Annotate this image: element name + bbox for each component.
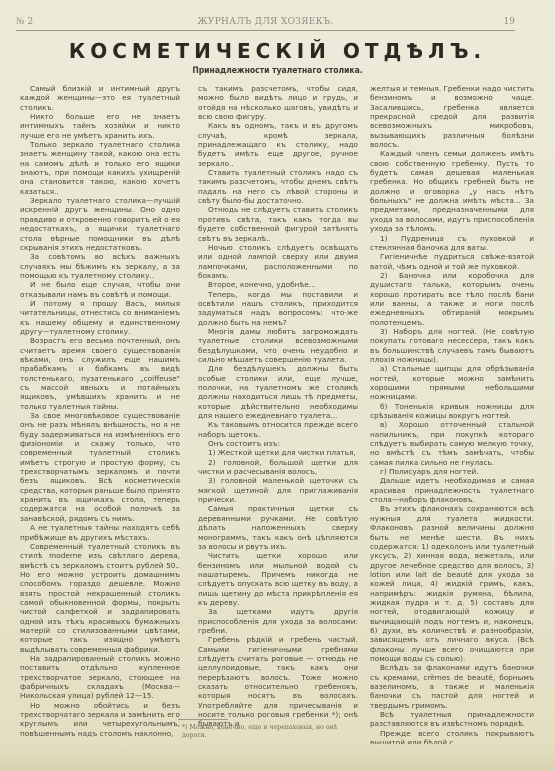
footnote-divider xyxy=(178,719,228,720)
article-subtitle: Принадлежности туалетнаго столика. xyxy=(0,66,555,76)
paragraph: Самый близкій и интимный другъ каждой же… xyxy=(20,84,180,112)
paragraph: За совѣтомъ во всѣхъ важныхъ случаяхъ мы… xyxy=(20,252,180,280)
paragraph: Какъ въ одномъ, такъ и въ другомъ случаѣ… xyxy=(198,121,358,168)
paragraph: Гигіеничнѣе пудриться свѣже-взятой ватой… xyxy=(370,252,534,271)
paragraph: И потому я прошу Васъ, милыя читательниц… xyxy=(20,299,180,336)
column-1: Самый близкій и интимный другъ каждой же… xyxy=(20,84,180,744)
paragraph: в) Хорошо отточенный стальной напильникъ… xyxy=(370,420,534,467)
paragraph: 1) Жесткой щетки для чистки платья, xyxy=(198,448,358,457)
article-body: Самый близкій и интимный другъ каждой же… xyxy=(20,84,534,744)
paragraph: Возрастъ его весьма почтенный, онъ счита… xyxy=(20,336,180,411)
paragraph: Чистить щетки хорошо или бензиномъ или м… xyxy=(198,551,358,607)
paragraph: 1) Пудреница съ пуховкой и стеклянная ба… xyxy=(370,234,534,253)
paragraph: 3) головной маленькой щеточки съ мягкой … xyxy=(198,476,358,504)
paragraph: Къ таковымъ относится прежде всего набор… xyxy=(198,420,358,439)
paragraph: Онъ состоитъ изъ: xyxy=(198,439,358,448)
paragraph: г) Полисуаръ для ногтей. xyxy=(370,467,534,476)
paragraph: Никто больше его не знаетъ интимныхъ тай… xyxy=(20,112,180,140)
paragraph: За щетками идутъ другія приспособленія д… xyxy=(198,607,358,635)
paragraph: съ такимъ разсчетомъ, чтобы сидя, можно … xyxy=(198,84,358,121)
paragraph: На задрапированный столикъ можно постави… xyxy=(20,654,180,701)
paper-shade xyxy=(0,741,555,771)
journal-page: № 2 ЖУРНАЛЪ ДЛЯ ХОЗЯЕКЪ. 19 КОСМЕТИЧЕСКІ… xyxy=(0,0,555,771)
paragraph: 2) головной, большой щетки для чистки и … xyxy=(198,458,358,477)
article-title: КОСМЕТИЧЕСКІЙ ОТДѢЛЪ. xyxy=(0,39,555,63)
paragraph: желтыя и темныя. Гребенки надо чистить б… xyxy=(370,84,534,149)
paragraph: Ставить туалетный столикъ надо съ такимъ… xyxy=(198,168,358,205)
paragraph: Для бездѣлушекъ должны быть особые столи… xyxy=(198,364,358,420)
page-number: 19 xyxy=(504,17,515,27)
paragraph: Дальше идетъ необходимая и самая красива… xyxy=(370,476,534,504)
paragraph: Современный туалетный столикъ въ стилѣ m… xyxy=(20,542,180,654)
column-2: съ такимъ разсчетомъ, чтобы сидя, можно … xyxy=(198,84,358,744)
paragraph: Въ этихъ флаконахъ сохраняются всѣ нужны… xyxy=(370,504,534,663)
paragraph: Второе, конечно, удобнѣе... xyxy=(198,280,358,289)
paragraph: А не туалетныя тайны находятъ себѣ прибѣ… xyxy=(20,523,180,542)
paragraph: Ночью столикъ слѣдуетъ освѣщать или одно… xyxy=(198,243,358,280)
paragraph: 2) Баночка или коробочка для душистаго т… xyxy=(370,271,534,327)
paragraph: Самыя практичныя щетки съ деревянными ру… xyxy=(198,504,358,551)
paragraph: а) Стальные щипцы для обрѣзыванія ногтей… xyxy=(370,364,534,401)
paragraph: Но можно обойтись и безъ трехстворчатаго… xyxy=(20,701,180,738)
paragraph: За свое многовѣковое существованіе онъ н… xyxy=(20,411,180,523)
paragraph: Зеркало туалетнаго столика—лучшій искрен… xyxy=(20,196,180,252)
paragraph: Всѣ туалетныя принадлежности разставляют… xyxy=(370,710,534,729)
paragraph: Многія дамы любятъ загромождать туалетны… xyxy=(198,327,358,364)
paragraph: 3) Наборъ для ногтей. (Не совѣтую покупа… xyxy=(370,327,534,364)
paragraph: Отнюдь не слѣдуетъ ставить столикъ проти… xyxy=(198,205,358,242)
journal-title: ЖУРНАЛЪ ДЛЯ ХОЗЯЕКЪ. xyxy=(16,17,515,27)
paragraph: Каждый членъ семьи долженъ имѣть свою со… xyxy=(370,149,534,233)
paragraph: Гребень рѣдкій и гребень частый. Самыми … xyxy=(198,635,358,728)
paragraph: б) Тоненькія кривыя ножницы для срѣзыван… xyxy=(370,402,534,421)
footnote: *) Можно, конечно, еще и черепаховыя, но… xyxy=(182,724,342,740)
running-head: № 2 ЖУРНАЛЪ ДЛЯ ХОЗЯЕКЪ. 19 xyxy=(16,14,515,31)
paragraph: Вслѣдъ за флаконами идутъ баночки съ кре… xyxy=(370,663,534,710)
paragraph: Только зеркало туалетнаго столика знаетъ… xyxy=(20,140,180,196)
column-3: желтыя и темныя. Гребенки надо чистить б… xyxy=(370,84,534,744)
paragraph: И не было еще случая, чтобы они отказыва… xyxy=(20,280,180,299)
paragraph: Теперь, когда мы поставили и освѣтили на… xyxy=(198,290,358,327)
